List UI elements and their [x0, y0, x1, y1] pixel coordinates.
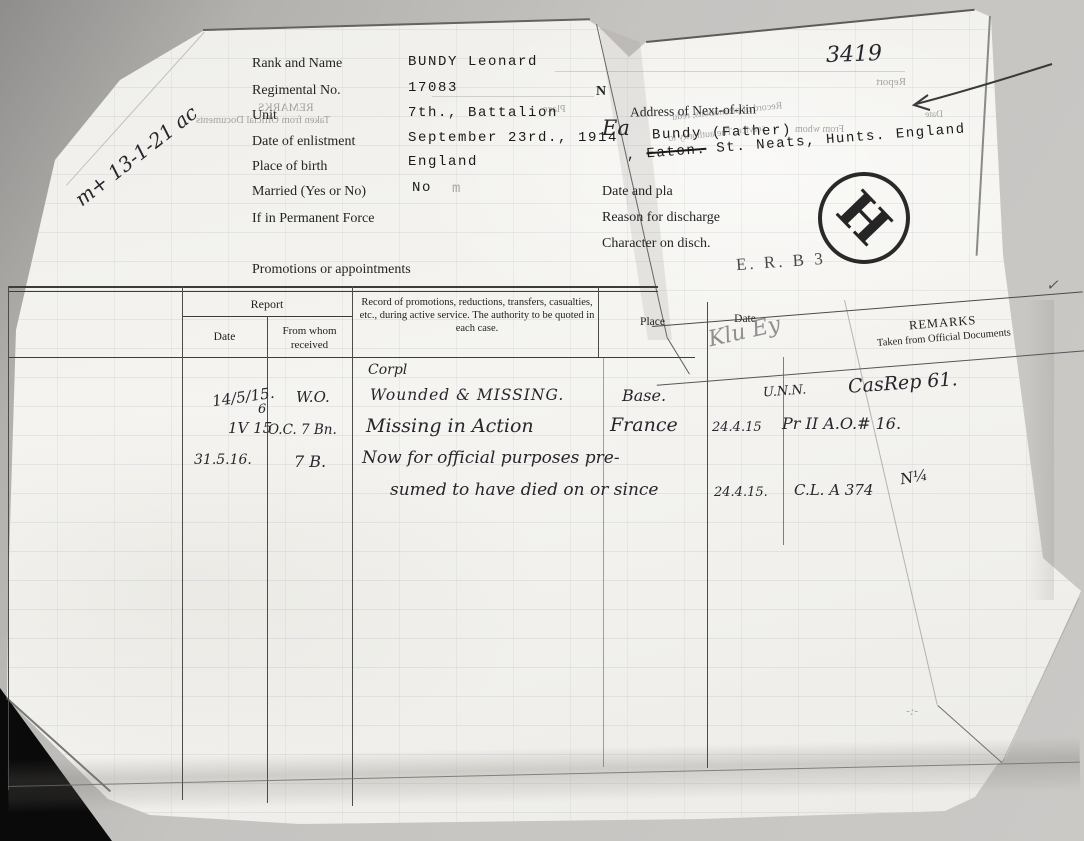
row2-from: O.C. 7 Bn.: [268, 422, 337, 438]
doc-number-handwritten: 3419: [826, 41, 883, 68]
header-record: Record of promotions, reductions, transf…: [358, 296, 596, 335]
column-rule: [352, 286, 353, 806]
mirrored-remarks-text: REMARKS: [258, 102, 314, 114]
mirrored-report-text: Report: [876, 76, 906, 88]
row3-record-cont: sumed to have died on or since: [390, 480, 658, 500]
field-value-married: No: [412, 180, 432, 196]
row2-date-sup: 6: [258, 402, 266, 417]
faint-pencil-mark: -:-: [906, 704, 918, 718]
header-from-whom: From whom received: [269, 325, 350, 353]
partial-letter-n: N: [596, 84, 606, 100]
promotions-appointments-label: Promotions or appointments: [252, 262, 411, 278]
row1-remarks-code: U.N.N.: [763, 383, 807, 401]
row3-from: 7 B.: [294, 452, 326, 471]
field-label-enlistment-date: Date of enlistment: [252, 134, 355, 150]
field-value-unit: 7th., Battalion: [408, 105, 558, 121]
row1-from: W.O.: [296, 388, 330, 406]
row2-remarks: Pr II A.O.# 16.: [782, 414, 901, 433]
mirrored-date-text: Date: [925, 110, 943, 120]
field-label-rank-name: Rank and Name: [252, 56, 342, 72]
row3-remarks: C.L. A 374: [794, 481, 873, 499]
character-discharge-label: Character on disch.: [602, 236, 710, 252]
row2-date: 1V 15: [228, 419, 272, 437]
scanned-service-record: Rank and Name Regimental No. Unit Date o…: [0, 0, 1084, 841]
field-value-enlistment-date: September 23rd., 1914: [408, 130, 618, 146]
field-label-married: Married (Yes or No): [252, 184, 366, 200]
handwritten-arrow: [900, 58, 1060, 118]
header-date: Date: [182, 331, 267, 343]
stamp-letter: H: [825, 179, 903, 257]
row3-date-2: 24.4.15.: [714, 485, 768, 500]
mirrored-from-whom-text: From whom: [795, 124, 844, 135]
row2-record: Missing in Action: [366, 415, 534, 437]
next-of-kin-handwritten-prefix: Ea: [602, 116, 630, 140]
table-top-rule: [8, 286, 658, 288]
row1-record: Wounded & MISSING.: [370, 386, 564, 404]
mirrored-taken-text: Taken from Official Documents: [196, 115, 330, 126]
date-place-discharge-label: Date and pla: [602, 184, 673, 200]
field-value-rank-name: BUNDY Leonard: [408, 54, 538, 70]
field-label-permanent-force: If in Permanent Force: [252, 211, 374, 227]
row2-place: France: [610, 414, 678, 436]
row3-record: Now for official purposes pre-: [362, 448, 620, 468]
table-top-rule: [8, 291, 658, 292]
header-report: Report: [182, 297, 352, 312]
circular-h-stamp: H: [818, 172, 910, 264]
tick-mark: ✓: [1046, 276, 1059, 294]
field-value-birth-place: England: [408, 154, 478, 170]
row2-date-2: 24.4.15: [712, 420, 762, 435]
mirrored-place-text: Place: [543, 104, 566, 115]
address-comma: ,: [626, 147, 637, 164]
form-rule: [432, 96, 594, 97]
field-label-birth-place: Place of birth: [252, 159, 327, 175]
field-label-regimental-no: Regimental No.: [252, 83, 341, 99]
field-value-regimental-no: 17083: [408, 80, 458, 96]
table-left-border: [8, 286, 9, 790]
ghost-character: m: [452, 181, 462, 197]
form-rule: [555, 71, 905, 72]
row1-place: Base.: [622, 386, 666, 405]
row3-date: 31.5.16.: [194, 452, 252, 468]
column-rule: [182, 286, 183, 800]
reason-discharge-label: Reason for discharge: [602, 210, 720, 226]
row1-record-note: Corpl: [368, 362, 407, 378]
column-rule: [603, 357, 604, 767]
